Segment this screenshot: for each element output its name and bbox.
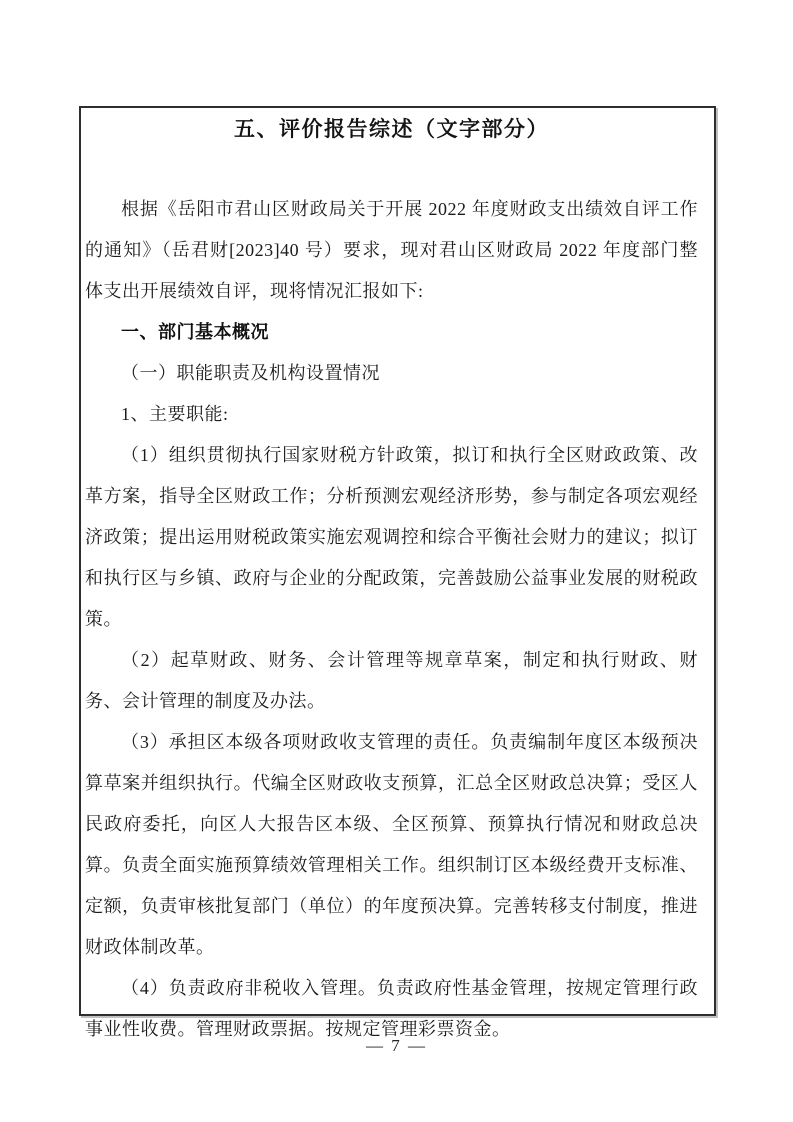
function-paragraph-1: （1）组织贯彻执行国家财税方针政策，拟订和执行全区财政政策、改革方案，指导全区财… bbox=[85, 435, 698, 640]
report-title: 五、评价报告综述（文字部分） bbox=[85, 114, 698, 144]
page-number: — 7 — bbox=[0, 1036, 793, 1056]
function-paragraph-3: （3）承担区本级各项财政收支管理的责任。负责编制年度区本级预决算草案并组织执行。… bbox=[85, 722, 698, 968]
intro-paragraph: 根据《岳阳市君山区财政局关于开展 2022 年度财政支出绩效自评工作的通知》（岳… bbox=[85, 189, 698, 312]
subsection-heading-duties-structure: （一）职能职责及机构设置情况 bbox=[85, 353, 698, 394]
function-paragraph-2: （2）起草财政、财务、会计管理等规章草案，制定和执行财政、财务、会计管理的制度及… bbox=[85, 640, 698, 722]
list-heading-main-functions: 1、主要职能: bbox=[85, 394, 698, 435]
report-body: 根据《岳阳市君山区财政局关于开展 2022 年度财政支出绩效自评工作的通知》（岳… bbox=[85, 189, 698, 1050]
section-heading-basic-overview: 一、部门基本概况 bbox=[85, 312, 698, 353]
report-border-box: 五、评价报告综述（文字部分） 根据《岳阳市君山区财政局关于开展 2022 年度财… bbox=[79, 106, 716, 1016]
